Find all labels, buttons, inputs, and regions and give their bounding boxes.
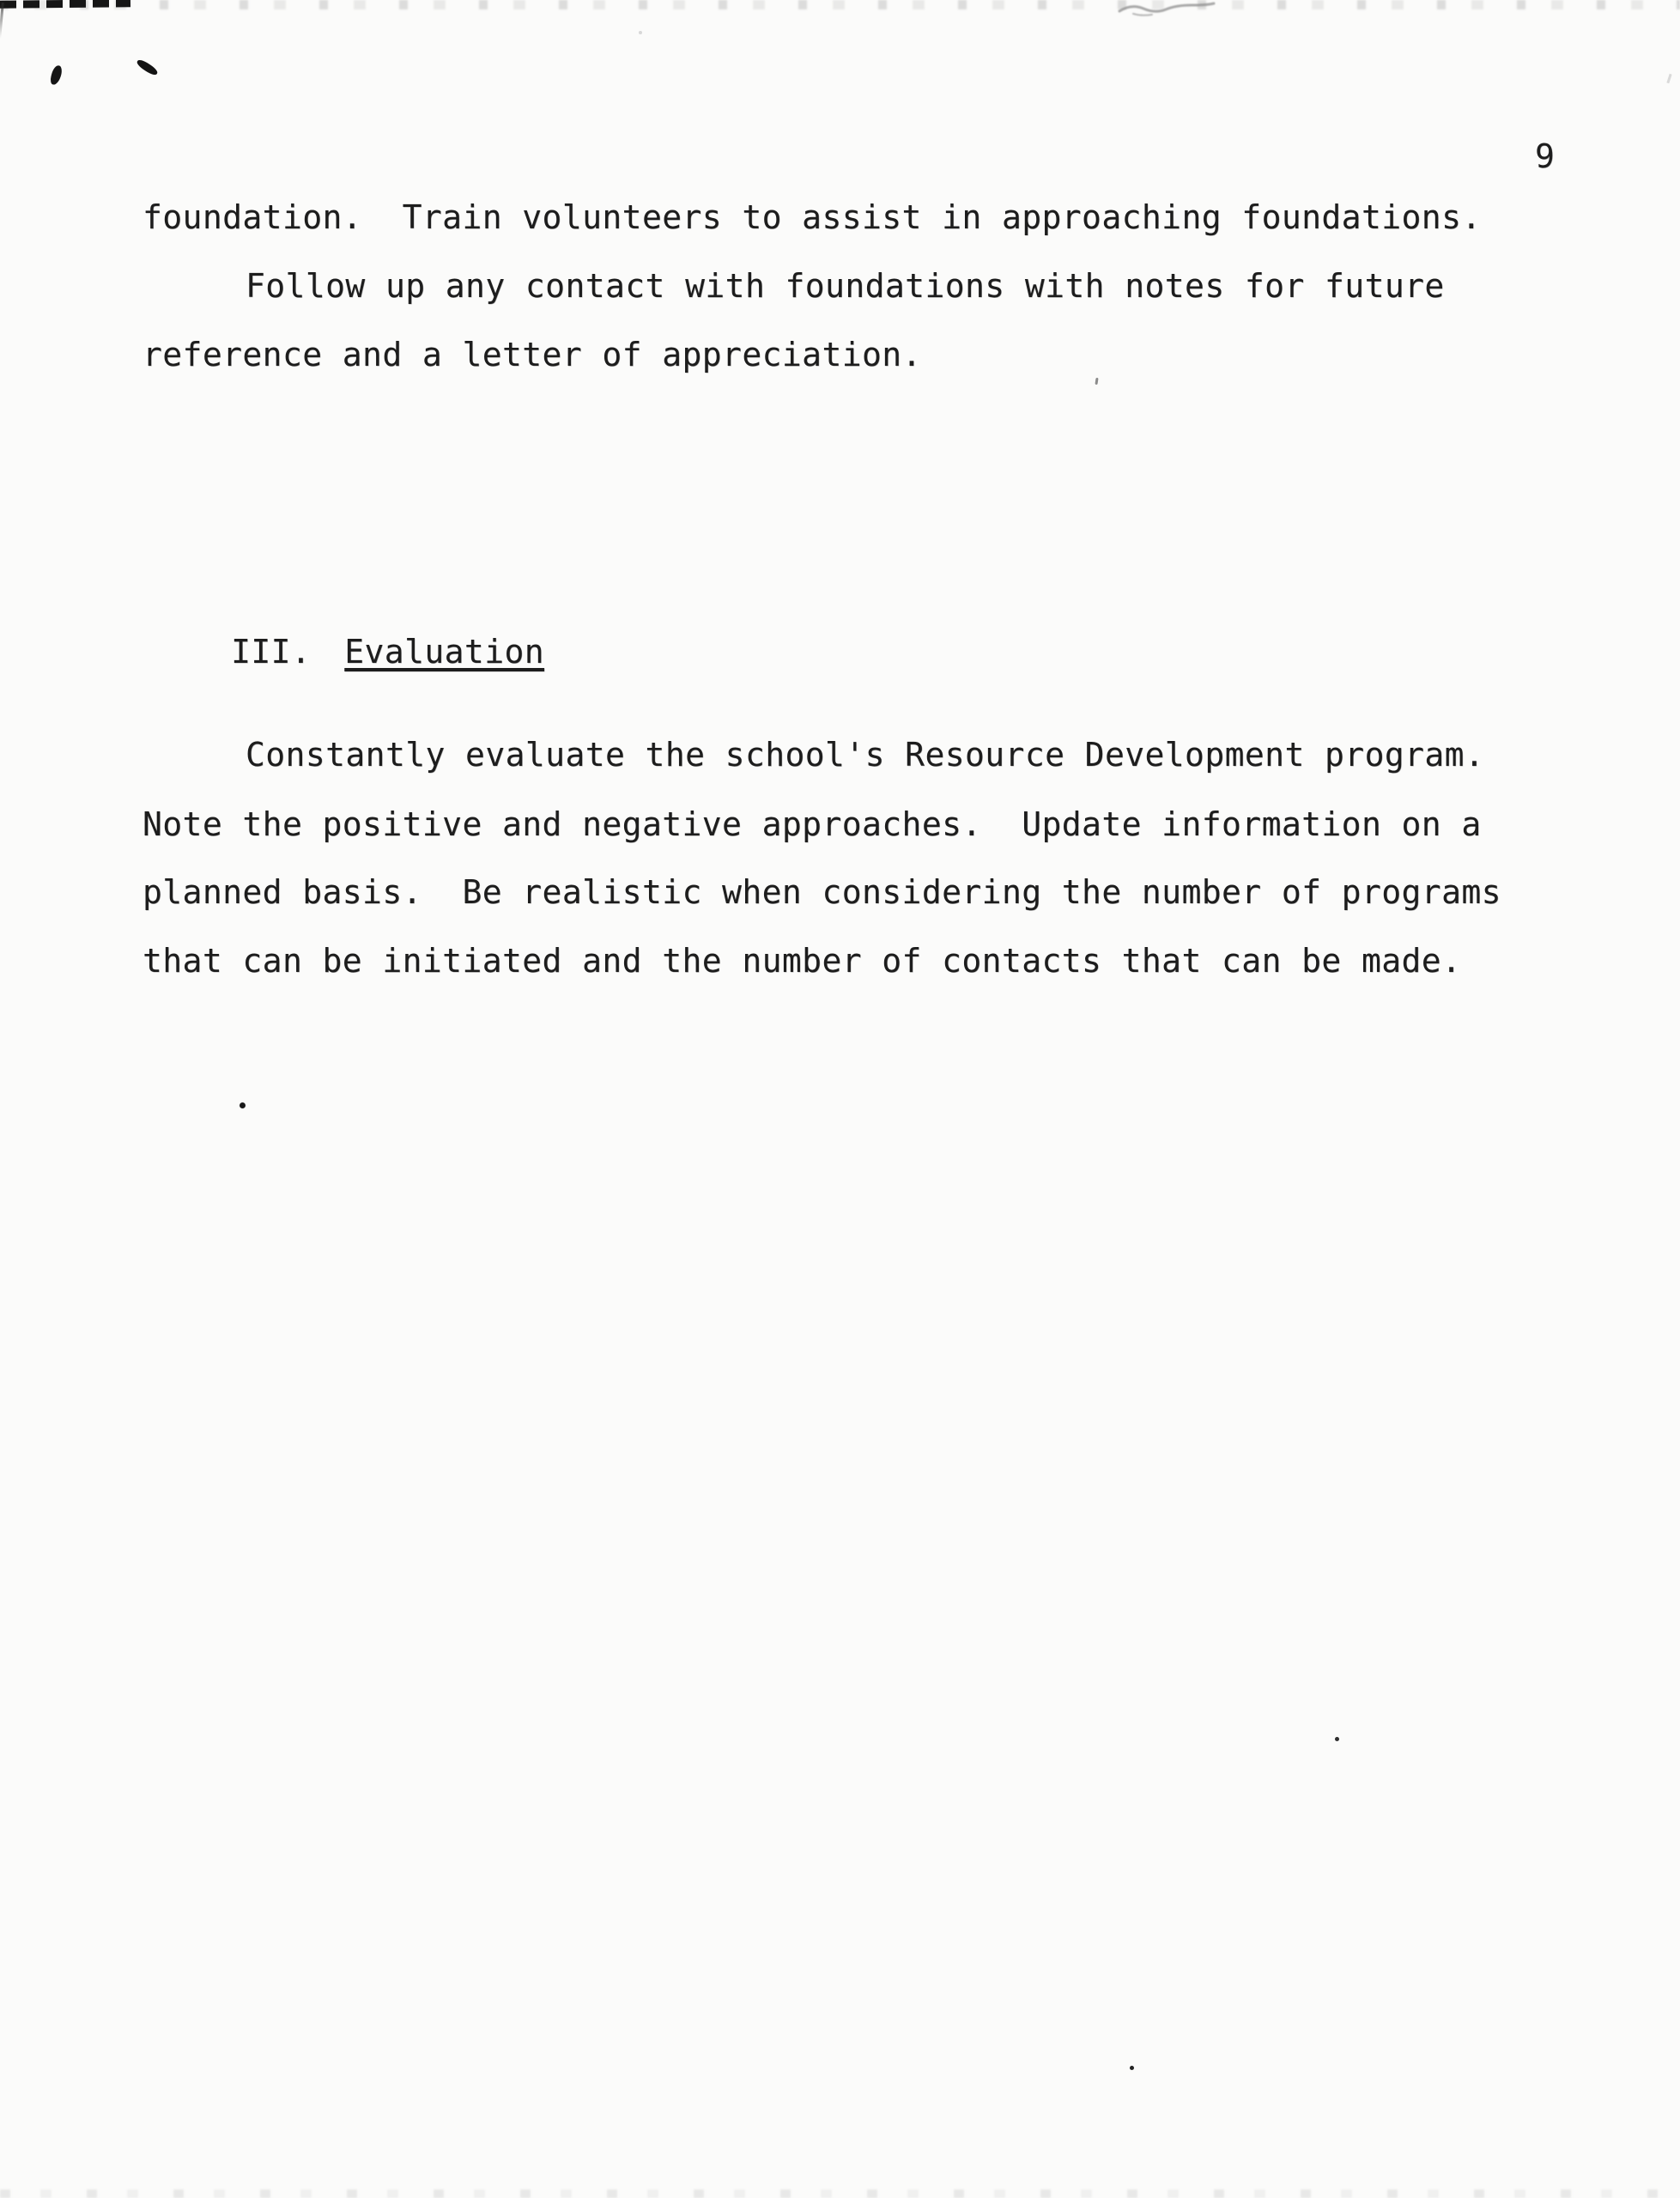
scan-smudge-squiggle xyxy=(1116,1,1219,18)
paragraph-evaluation-line-4: that can be initiated and the number of … xyxy=(143,944,1461,977)
scan-bottom-noise-band xyxy=(0,2189,1680,2198)
paragraph-evaluation-line-2: Note the positive and negative approache… xyxy=(143,808,1482,841)
left-edge-scan-line xyxy=(0,3,4,39)
scan-top-noise-band xyxy=(0,0,1680,9)
section-heading: III.Evaluation xyxy=(151,603,544,701)
torn-edge-dash-mark xyxy=(0,0,130,9)
paragraph-foundation-line-1: foundation. Train volunteers to assist i… xyxy=(143,201,1482,234)
section-heading-numeral: III. xyxy=(231,633,311,671)
ink-fleck-slant xyxy=(136,58,160,76)
section-heading-title: Evaluation xyxy=(344,633,544,671)
stray-ink-tick xyxy=(1095,378,1098,385)
paragraph-foundation-line-3: reference and a letter of appreciation. xyxy=(143,338,922,371)
paragraph-foundation-line-2: Follow up any contact with foundations w… xyxy=(246,270,1445,302)
scanned-document-page: 9 foundation. Train volunteers to assist… xyxy=(0,0,1680,2198)
stray-ink-dot xyxy=(240,1102,246,1108)
stray-ink-dot xyxy=(1335,1737,1339,1741)
stray-ink-dot xyxy=(1130,2066,1134,2070)
paragraph-evaluation-line-3: planned basis. Be realistic when conside… xyxy=(143,876,1501,908)
faint-speck xyxy=(1666,74,1671,83)
ink-fleck-comma xyxy=(49,64,63,86)
paragraph-evaluation-line-1: Constantly evaluate the school's Resourc… xyxy=(246,738,1484,771)
faint-speck xyxy=(639,31,642,34)
page-number: 9 xyxy=(1535,140,1555,173)
